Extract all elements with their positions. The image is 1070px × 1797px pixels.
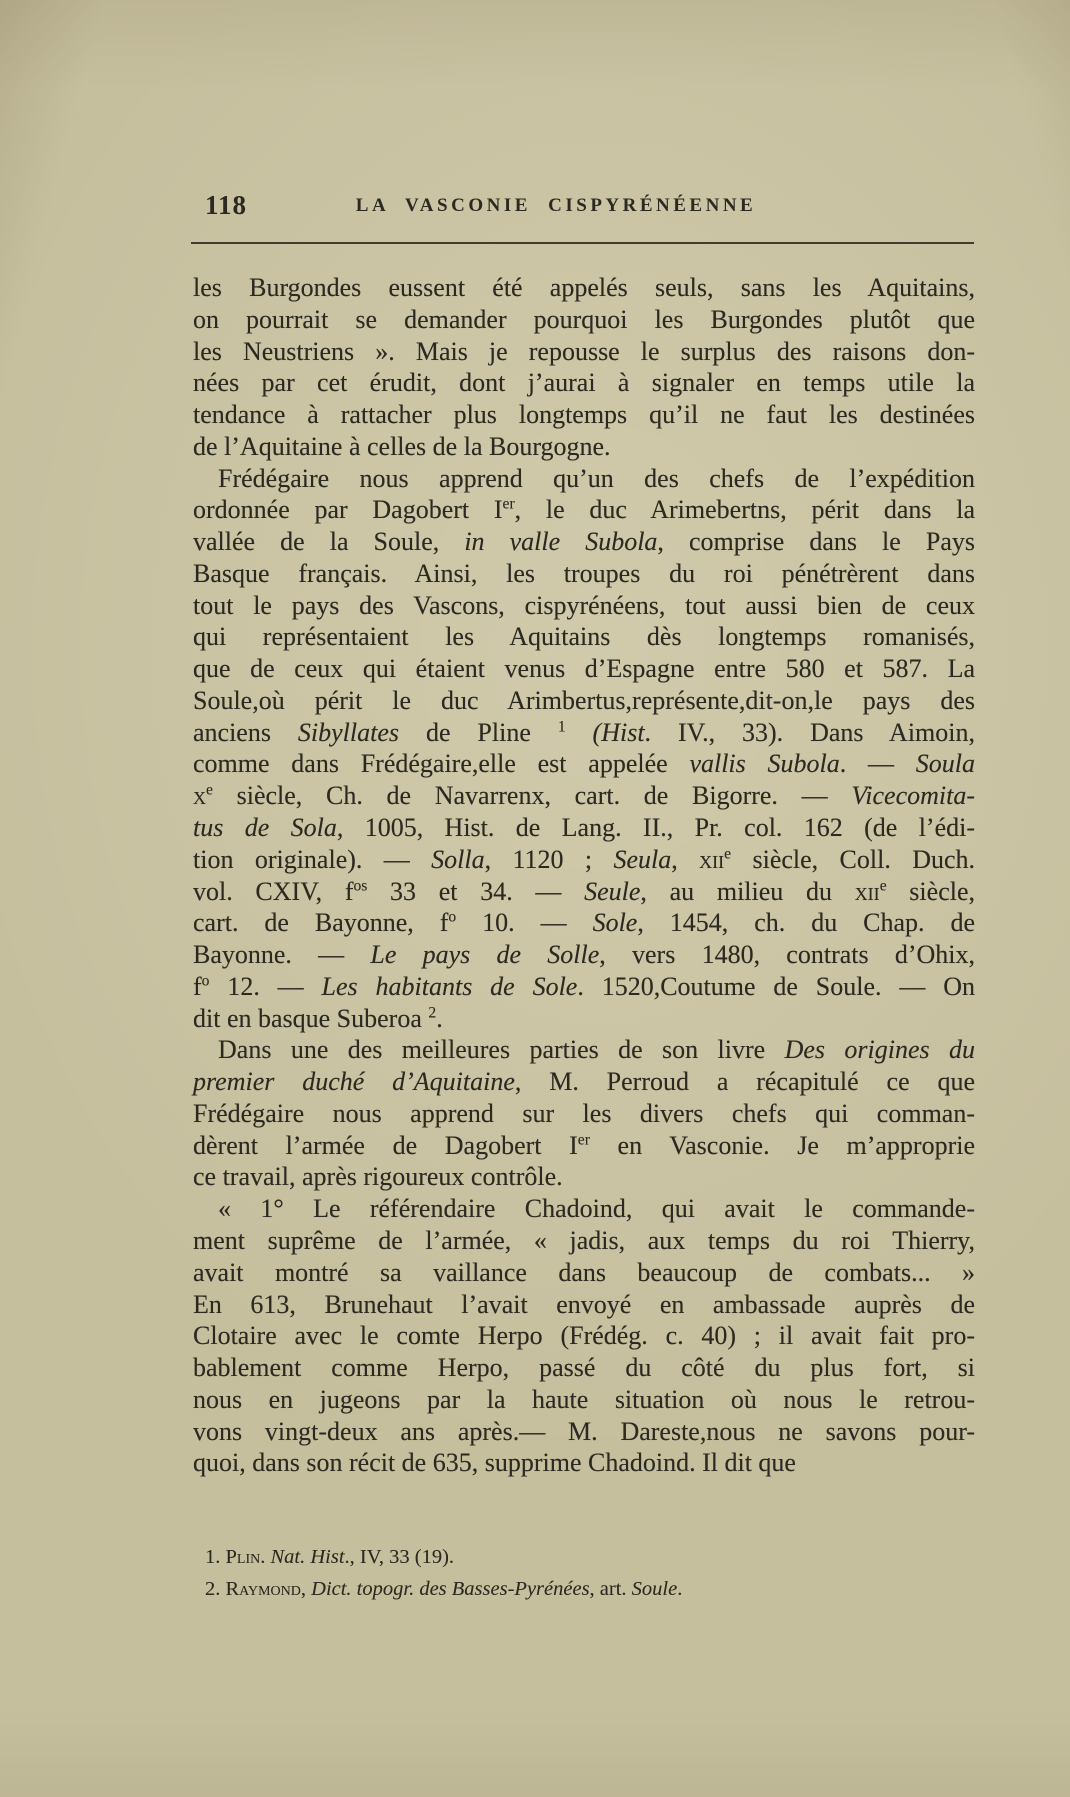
text-line: premier duché d’Aquitaine, M. Perroud a … [193, 1066, 975, 1098]
scanned-book-page: { "document": { "page_number": "118", "r… [0, 0, 1070, 1797]
text-line: fo 12. — Les habitants de Sole. 1520,Cou… [193, 971, 975, 1003]
text-line: les Burgondes eussent été appelés seuls,… [193, 272, 975, 304]
text-line: Soule,où périt le duc Arimbertus,représe… [193, 685, 975, 717]
text-line: vons vingt-deux ans après.— M. Dareste,n… [193, 1416, 975, 1448]
text-line: Frédégaire nous apprend qu’un des chefs … [193, 463, 975, 495]
text-line: xe siècle, Ch. de Navarrenx, cart. de Bi… [193, 780, 975, 812]
text-line: de l’Aquitaine à celles de la Bourgogne. [193, 431, 975, 463]
body-text: les Burgondes eussent été appelés seuls,… [193, 272, 975, 1479]
text-line: comme dans Frédégaire,elle est appelée v… [193, 748, 975, 780]
text-line: Clotaire avec le comte Herpo (Frédég. c.… [193, 1320, 975, 1352]
text-line: dit en basque Suberoa 2. [193, 1003, 975, 1035]
text-line: qui représentaient les Aquitains dès lon… [193, 621, 975, 653]
text-line: tout le pays des Vascons, cispyrénéens, … [193, 590, 975, 622]
text-line: 2. Raymond, Dict. topogr. des Basses-Pyr… [205, 1573, 967, 1605]
text-line: Basque français. Ainsi, les troupes du r… [193, 558, 975, 590]
text-line: vol. CXIV, fos 33 et 34. — Seule, au mil… [193, 876, 975, 908]
text-line: cart. de Bayonne, fo 10. — Sole, 1454, c… [193, 907, 975, 939]
text-line: dèrent l’armée de Dagobert Ier en Vascon… [193, 1130, 975, 1162]
text-line: ordonnée par Dagobert Ier, le duc Arimeb… [193, 494, 975, 526]
text-line: vallée de la Soule, in valle Subola, com… [193, 526, 975, 558]
text-line: tendance à rattacher plus longtemps qu’i… [193, 399, 975, 431]
text-line: quoi, dans son récit de 635, supprime Ch… [193, 1447, 975, 1479]
text-line: En 613, Brunehaut l’avait envoyé en amba… [193, 1289, 975, 1321]
text-line: anciens Sibyllates de Pline 1 (Hist. IV.… [193, 717, 975, 749]
text-line: Bayonne. — Le pays de Solle, vers 1480, … [193, 939, 975, 971]
text-line: « 1° Le référendaire Chadoind, qui avait… [193, 1193, 975, 1225]
text-line: Frédégaire nous apprend sur les divers c… [193, 1098, 975, 1130]
text-line: on pourrait se demander pourquoi les Bur… [193, 304, 975, 336]
page-header: 118 LA VASCONIE CISPYRÉNÉENNE [193, 190, 975, 224]
text-line: nous en jugeons par la haute situation o… [193, 1384, 975, 1416]
text-line: tus de Sola, 1005, Hist. de Lang. II., P… [193, 812, 975, 844]
text-line: avait montré sa vaillance dans beaucoup … [193, 1257, 975, 1289]
text-line: tion originale). — Solla, 1120 ; Seula, … [193, 844, 975, 876]
text-line: nées par cet érudit, dont j’aurai à sign… [193, 367, 975, 399]
header-rule [191, 242, 974, 244]
text-line: que de ceux qui étaient venus d’Espagne … [193, 653, 975, 685]
text-line: ce travail, après rigoureux contrôle. [193, 1161, 975, 1193]
running-title: LA VASCONIE CISPYRÉNÉENNE [193, 195, 919, 217]
text-line: ment suprême de l’armée, « jadis, aux te… [193, 1225, 975, 1257]
footnotes: 1. Plin. Nat. Hist., IV, 33 (19).2. Raym… [205, 1541, 967, 1605]
text-line: bablement comme Herpo, passé du côté du … [193, 1352, 975, 1384]
text-line: Dans une des meilleures parties de son l… [193, 1034, 975, 1066]
text-line: 1. Plin. Nat. Hist., IV, 33 (19). [205, 1541, 967, 1573]
text-line: les Neustriens ». Mais je repousse le su… [193, 336, 975, 368]
